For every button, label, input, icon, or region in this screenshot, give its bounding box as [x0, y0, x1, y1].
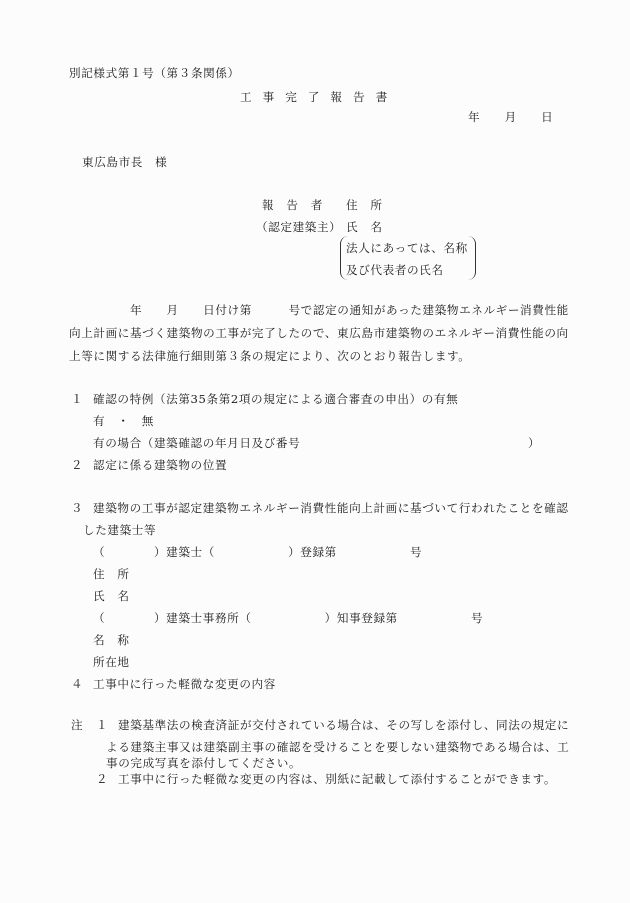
reporter-sublabel: （認定建築主）	[256, 220, 341, 234]
item3-text2: した建築士等	[83, 523, 156, 537]
body-line2: 向上計画に基づく建築物の工事が完了したので、東広島市建築物のエネルギー消費性能の…	[69, 326, 569, 340]
addressee: 東広島市長 様	[82, 155, 167, 169]
date-line: 年 月 日	[468, 110, 553, 124]
note2-text: 工事中に行った軽微な変更の内容は、別紙に記載して添付することができます。	[118, 772, 556, 786]
note2-number: ２	[96, 772, 108, 786]
note1-line1: 建築基準法の検査済証が交付されている場合は、その写しを添付し、同法の規定に	[118, 718, 569, 732]
item1-detail-close: ）	[528, 436, 540, 450]
item4-number: ４	[71, 677, 83, 691]
reporter-note-line1: 法人にあっては、名称	[346, 241, 468, 255]
note1-line3: 事の完成写真を添付してください。	[106, 756, 301, 770]
notes-label: 注	[71, 718, 83, 732]
document-title: 工事完了報告書	[240, 90, 398, 104]
item3-office-name: 名 称	[93, 633, 130, 647]
item4-text: 工事中に行った軽微な変更の内容	[93, 677, 276, 691]
body-line1: 年 月 日付け第 号で認定の通知があった建築物エネルギー消費性能	[69, 303, 569, 317]
note1-number: １	[96, 718, 108, 732]
item3-text: 建築物の工事が認定建築物エネルギー消費性能向上計画に基づいて行われたことを確認	[93, 501, 569, 515]
item1-number: １	[71, 392, 83, 406]
item3-address: 住 所	[93, 567, 130, 581]
item2-number: ２	[71, 458, 83, 472]
reporter-note-line2: 及び代表者の氏名	[346, 263, 444, 277]
item3-number: ３	[71, 501, 83, 515]
reporter-address-label: 住 所	[346, 198, 383, 212]
note1-line2: よる建築主事又は建築副主事の確認を受けることを要しない建築物である場合は、工	[106, 740, 569, 754]
body-line3: 上等に関する法律施行細則第３条の規定により、次のとおり報告します。	[69, 349, 470, 363]
item3-office: （ ）建築士事務所（ ）知事登録第 号	[93, 611, 483, 625]
item3-name: 氏 名	[93, 589, 130, 603]
reporter-name-label: 氏 名	[346, 220, 383, 234]
item3-architect: （ ）建築士（ ）登録第 号	[93, 545, 422, 559]
item2-text: 認定に係る建築物の位置	[93, 458, 227, 472]
item3-office-location: 所在地	[93, 655, 130, 669]
item1-detail: 有の場合（建築確認の年月日及び番号	[93, 436, 300, 450]
reporter-label: 報 告 者	[262, 198, 323, 212]
item1-choice: 有 ・ 無	[93, 414, 154, 428]
item1-text: 確認の特例（法第35条第2項の規定による適合審査の申出）の有無	[93, 392, 458, 406]
form-number: 別記様式第１号（第３条関係）	[69, 66, 240, 80]
